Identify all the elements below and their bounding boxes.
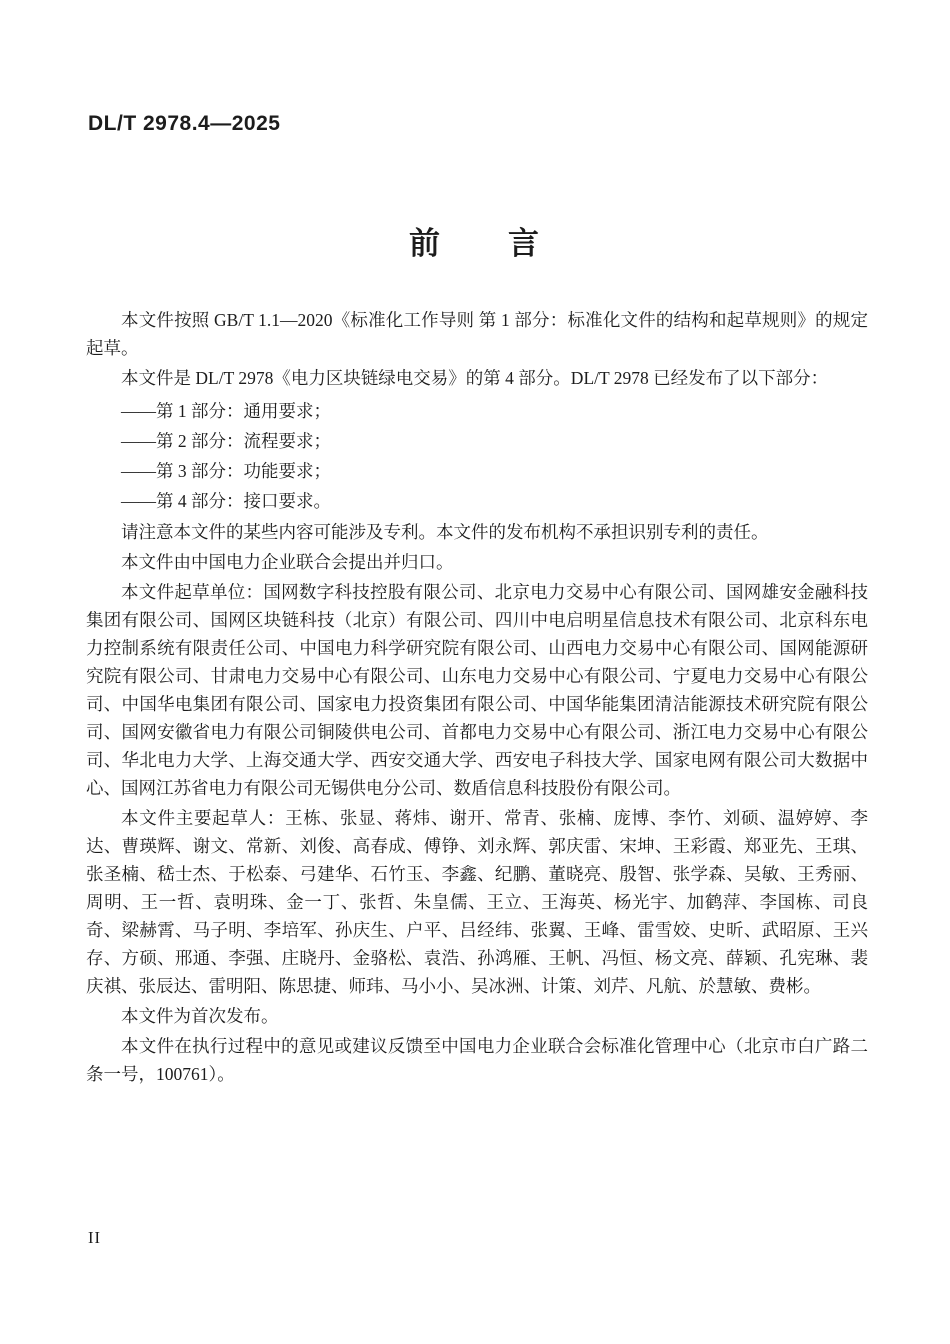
part-item-4: ——第 4 部分：接口要求。 xyxy=(86,486,868,516)
paragraph-first-issue: 本文件为首次发布。 xyxy=(86,1002,868,1030)
part-item-1: ——第 1 部分：通用要求； xyxy=(86,396,868,426)
paragraph-patent-notice: 请注意本文件的某些内容可能涉及专利。本文件的发布机构不承担识别专利的责任。 xyxy=(86,518,868,546)
paragraph-drafting-orgs: 本文件起草单位：国网数字科技控股有限公司、北京电力交易中心有限公司、国网雄安金融… xyxy=(86,578,868,802)
paragraph-series-intro: 本文件是 DL/T 2978《电力区块链绿电交易》的第 4 部分。DL/T 29… xyxy=(86,364,868,392)
paragraph-basis: 本文件按照 GB/T 1.1—2020《标准化工作导则 第 1 部分：标准化文件… xyxy=(86,306,868,362)
page-number: II xyxy=(88,1228,101,1248)
standard-number: DL/T 2978.4—2025 xyxy=(88,112,280,136)
paragraph-feedback: 本文件在执行过程中的意见或建议反馈至中国电力企业联合会标准化管理中心（北京市白广… xyxy=(86,1032,868,1088)
part-item-3: ——第 3 部分：功能要求； xyxy=(86,456,868,486)
foreword-body: 本文件按照 GB/T 1.1—2020《标准化工作导则 第 1 部分：标准化文件… xyxy=(86,306,868,1090)
part-item-2: ——第 2 部分：流程要求； xyxy=(86,426,868,456)
paragraph-proposer: 本文件由中国电力企业联合会提出并归口。 xyxy=(86,548,868,576)
paragraph-drafters: 本文件主要起草人：王栋、张显、蒋炜、谢开、常青、张楠、庞博、李竹、刘硕、温婷婷、… xyxy=(86,804,868,1000)
document-page: DL/T 2978.4—2025 前 言 本文件按照 GB/T 1.1—2020… xyxy=(0,0,950,1344)
parts-list: ——第 1 部分：通用要求； ——第 2 部分：流程要求； ——第 3 部分：功… xyxy=(86,396,868,516)
foreword-title: 前 言 xyxy=(0,218,950,263)
